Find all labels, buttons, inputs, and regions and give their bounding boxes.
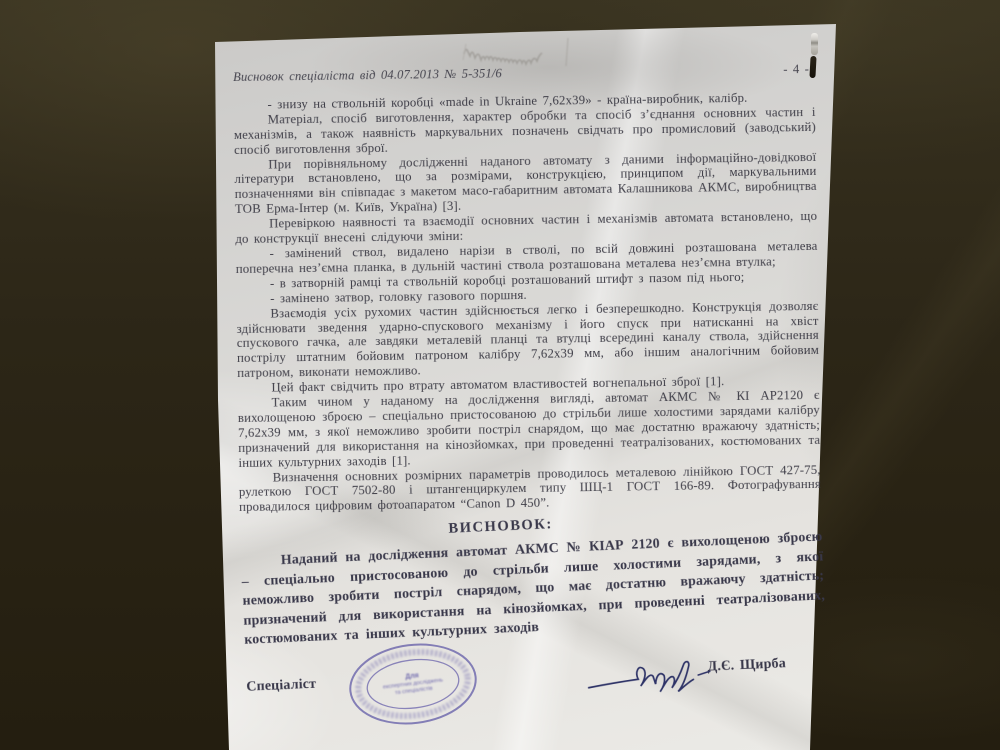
paragraph: Визначення основних розмірних параметрів… bbox=[239, 462, 822, 515]
header-title: Висновок спеціаліста від 04.07.2013 № 5-… bbox=[233, 66, 502, 85]
conclusion-section: ВИСНОВОК: Наданий на дослідження автомат… bbox=[240, 506, 829, 696]
document-body: - знизу на ствольній коробці «made in Uk… bbox=[233, 90, 821, 515]
official-round-stamp: Для експертних досліджень та спеціалісті… bbox=[341, 633, 484, 735]
conclusion-text: Наданий на дослідження автомат АКМС № КІ… bbox=[240, 528, 826, 651]
photo-of-document: Висновок спеціаліста від 04.07.2013 № 5-… bbox=[0, 0, 1000, 750]
handwritten-signature bbox=[584, 645, 727, 705]
paragraph: Матеріал, спосіб виготовлення, характер … bbox=[234, 105, 817, 158]
paragraph: Таким чином у наданому на дослідження ви… bbox=[238, 388, 821, 471]
paragraph: При порівняльному дослідженні наданого а… bbox=[234, 149, 817, 217]
paragraph: Взаємодія усіх рухомих частин здійснюєть… bbox=[236, 298, 819, 381]
stamp-center-text: Для експертних досліджень та спеціалісті… bbox=[341, 633, 484, 735]
page-number: - 4 - bbox=[783, 62, 809, 77]
pin-cap bbox=[811, 33, 818, 55]
document-page: Висновок спеціаліста від 04.07.2013 № 5-… bbox=[233, 62, 824, 689]
